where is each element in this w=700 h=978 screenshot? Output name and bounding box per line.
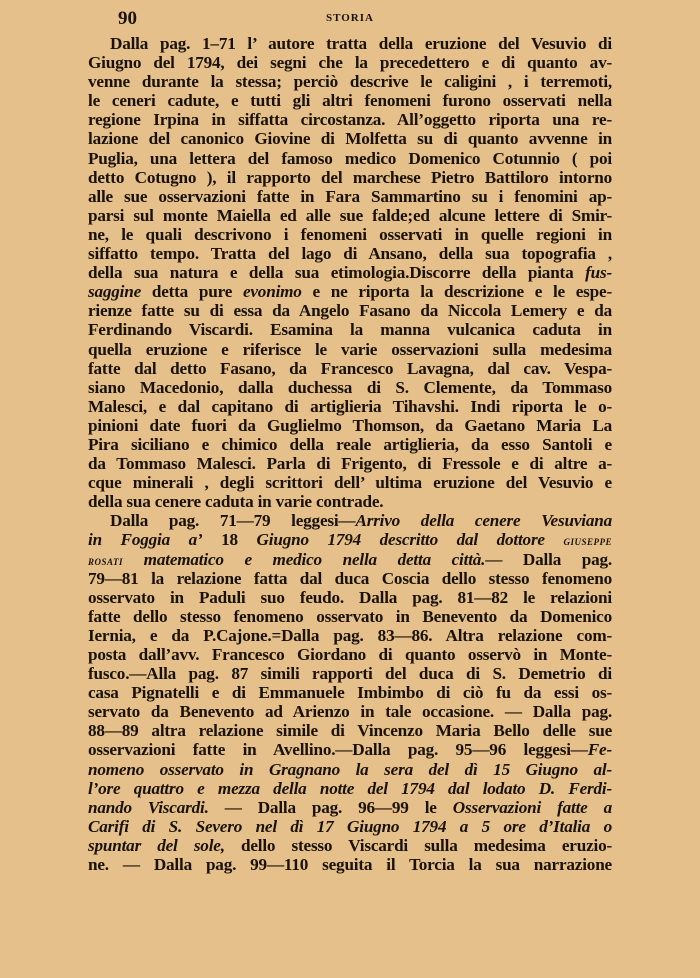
text: osservazioni fatte in Avellino.—Dalla pa… bbox=[88, 740, 588, 759]
text-line: rosati matematico e medico nella detta c… bbox=[88, 550, 612, 569]
italic-text: matematico e medico nella detta città. bbox=[123, 550, 485, 569]
text-line: casa Pignatelli e di Emmanuele Imbimbo d… bbox=[88, 683, 612, 702]
text-line: in Foggia a’ 18 Giugno 1794 descritto da… bbox=[88, 530, 612, 549]
text: Dalla pag. 71—79 leggesi— bbox=[110, 511, 355, 530]
italic-text: Giugno 1794 descritto dal dottore bbox=[257, 530, 564, 549]
body-text: Dalla pag. 1–71 l’ autore tratta della e… bbox=[88, 34, 612, 874]
text-line: saggine detta pure evonimo e ne riporta … bbox=[88, 282, 612, 301]
italic-text: Arrivo della cenere Vesuviana bbox=[355, 511, 612, 530]
text: della sua cenere caduta in varie contrad… bbox=[88, 492, 383, 511]
text: siano Macedonio, dalla duchessa di S. Cl… bbox=[88, 378, 612, 397]
text: fatte dal detto Fasano, da Francesco Lav… bbox=[88, 359, 612, 378]
text-line: della sua natura e della sua etimologia.… bbox=[88, 263, 612, 282]
text-line: Giugno del 1794, dei segni che la preced… bbox=[88, 53, 612, 72]
text-line: venne durante la stessa; perciò descrive… bbox=[88, 72, 612, 91]
italic-text: evonimo bbox=[243, 282, 302, 301]
italic-text: nando Viscardi. bbox=[88, 798, 209, 817]
text: e ne riporta la descrizione e le espe- bbox=[302, 282, 612, 301]
italic-text: spuntar del sole, bbox=[88, 836, 225, 855]
text-line: della sua cenere caduta in varie contrad… bbox=[88, 492, 612, 511]
text-line: lazione del canonico Giovine di Molfetta… bbox=[88, 129, 612, 148]
text: 88—89 altra relazione simile di Vincenzo… bbox=[88, 721, 612, 740]
text: rienze fatte su di essa da Angelo Fasano… bbox=[88, 301, 612, 320]
text: Pira siciliano e chimico della reale art… bbox=[88, 435, 612, 454]
text-line: regione Irpina in siffatta circostanza. … bbox=[88, 110, 612, 129]
text: detto Cotugno ), il rapporto del marches… bbox=[88, 168, 612, 187]
text-line: alle sue osservazioni fatte in Fara Samm… bbox=[88, 187, 612, 206]
text: dello stesso Viscardi sulla medesima eru… bbox=[225, 836, 612, 855]
text: pinioni date fuori da Guglielmo Thomson,… bbox=[88, 416, 612, 435]
text-line: Iernia, e da P.Cajone.=Dalla pag. 83—86.… bbox=[88, 626, 612, 645]
text-line: 79—81 la relazione fatta dal duca Coscia… bbox=[88, 569, 612, 588]
text: servato da Benevento ad Arienzo in tale … bbox=[88, 702, 612, 721]
text-line: Puglia, una lettera del famoso medico Do… bbox=[88, 149, 612, 168]
italic-text: fus- bbox=[585, 263, 612, 282]
text-line: Malesci, e dal capitano di artiglieria T… bbox=[88, 397, 612, 416]
text: — Dalla pag. 96—99 le bbox=[209, 798, 453, 817]
text: Puglia, una lettera del famoso medico Do… bbox=[88, 149, 612, 168]
text: fusco.—Alla pag. 87 simili rapporti del … bbox=[88, 664, 612, 683]
text: lazione del canonico Giovine di Molfetta… bbox=[88, 129, 612, 148]
text: parsi sul monte Maiella ed alle sue fald… bbox=[88, 206, 612, 225]
text-line: 88—89 altra relazione simile di Vincenzo… bbox=[88, 721, 612, 740]
italic-text: Carifi di S. Severo nel dì 17 Giugno 179… bbox=[88, 817, 612, 836]
text: — Dalla pag. bbox=[485, 550, 612, 569]
italic-text: in Foggia a’ bbox=[88, 530, 203, 549]
text-line: cque minerali , degli scrittori dell’ ul… bbox=[88, 473, 612, 492]
italic-text: saggine bbox=[88, 282, 141, 301]
text-line: rienze fatte su di essa da Angelo Fasano… bbox=[88, 301, 612, 320]
italic-text: nomeno osservato in Gragnano la sera del… bbox=[88, 760, 612, 779]
text-line: fusco.—Alla pag. 87 simili rapporti del … bbox=[88, 664, 612, 683]
text-line: osservato in Paduli suo feudo. Dalla pag… bbox=[88, 588, 612, 607]
text: osservato in Paduli suo feudo. Dalla pag… bbox=[88, 588, 612, 607]
text: fatte dello stesso fenomeno osservato in… bbox=[88, 607, 612, 626]
italic-text: Osservazioni fatte a bbox=[453, 798, 612, 817]
text-line: Ferdinando Viscardi. Esamina la manna vu… bbox=[88, 320, 612, 339]
text-line: fatte dal detto Fasano, da Francesco Lav… bbox=[88, 359, 612, 378]
text: quella eruzione e riferisce le varie oss… bbox=[88, 340, 612, 359]
text: detta pure bbox=[141, 282, 243, 301]
text-line: osservazioni fatte in Avellino.—Dalla pa… bbox=[88, 740, 612, 759]
text-line: Pira siciliano e chimico della reale art… bbox=[88, 435, 612, 454]
text: Iernia, e da P.Cajone.=Dalla pag. 83—86.… bbox=[88, 626, 612, 645]
text: ne. — Dalla pag. 99—110 seguita il Torci… bbox=[88, 855, 612, 874]
text: della sua natura e della sua etimologia.… bbox=[88, 263, 585, 282]
text-line: Carifi di S. Severo nel dì 17 Giugno 179… bbox=[88, 817, 612, 836]
text-line: l’ore quattro e mezza della notte del 17… bbox=[88, 779, 612, 798]
text-line: siffatto tempo. Tratta del lago di Ansan… bbox=[88, 244, 612, 263]
text-line: quella eruzione e riferisce le varie oss… bbox=[88, 340, 612, 359]
text-line: parsi sul monte Maiella ed alle sue fald… bbox=[88, 206, 612, 225]
text: Ferdinando Viscardi. Esamina la manna vu… bbox=[88, 320, 612, 339]
text: Giugno del 1794, dei segni che la preced… bbox=[88, 53, 612, 72]
text: regione Irpina in siffatta circostanza. … bbox=[88, 110, 612, 129]
text: siffatto tempo. Tratta del lago di Ansan… bbox=[88, 244, 612, 263]
text-line: fatte dello stesso fenomeno osservato in… bbox=[88, 607, 612, 626]
text-line: ne, le quali descrivono i fenomeni osser… bbox=[88, 225, 612, 244]
text-line: Dalla pag. 71—79 leggesi—Arrivo della ce… bbox=[88, 511, 612, 530]
text: venne durante la stessa; perciò descrive… bbox=[88, 72, 612, 91]
running-head: STORIA bbox=[88, 12, 612, 24]
text: 79—81 la relazione fatta dal duca Coscia… bbox=[88, 569, 612, 588]
text: casa Pignatelli e di Emmanuele Imbimbo d… bbox=[88, 683, 612, 702]
text-line: le ceneri cadute, e tutti gli altri feno… bbox=[88, 91, 612, 110]
italic-text: Fe- bbox=[588, 740, 612, 759]
italic-text: l’ore quattro e mezza della notte del 17… bbox=[88, 779, 612, 798]
page-header: 90 STORIA bbox=[88, 8, 612, 30]
text-line: ne. — Dalla pag. 99—110 seguita il Torci… bbox=[88, 855, 612, 874]
text-line: Dalla pag. 1–71 l’ autore tratta della e… bbox=[88, 34, 612, 53]
text: cque minerali , degli scrittori dell’ ul… bbox=[88, 473, 612, 492]
text: ne, le quali descrivono i fenomeni osser… bbox=[88, 225, 612, 244]
text: da Tommaso Malesci. Parla di Frigento, d… bbox=[88, 454, 612, 473]
smallcaps-text: rosati bbox=[88, 553, 123, 568]
text-line: nomeno osservato in Gragnano la sera del… bbox=[88, 760, 612, 779]
text-line: siano Macedonio, dalla duchessa di S. Cl… bbox=[88, 378, 612, 397]
text: le ceneri cadute, e tutti gli altri feno… bbox=[88, 91, 612, 110]
text: Dalla pag. 1–71 l’ autore tratta della e… bbox=[110, 34, 612, 53]
text: alle sue osservazioni fatte in Fara Samm… bbox=[88, 187, 612, 206]
text-line: servato da Benevento ad Arienzo in tale … bbox=[88, 702, 612, 721]
smallcaps-text: giuseppe bbox=[563, 533, 612, 548]
text: posta dall’avv. Francesco Giordano di qu… bbox=[88, 645, 612, 664]
text: Malesci, e dal capitano di artiglieria T… bbox=[88, 397, 612, 416]
text-line: da Tommaso Malesci. Parla di Frigento, d… bbox=[88, 454, 612, 473]
text-line: detto Cotugno ), il rapporto del marches… bbox=[88, 168, 612, 187]
text-line: spuntar del sole, dello stesso Viscardi … bbox=[88, 836, 612, 855]
text-line: posta dall’avv. Francesco Giordano di qu… bbox=[88, 645, 612, 664]
text-line: nando Viscardi. — Dalla pag. 96—99 le Os… bbox=[88, 798, 612, 817]
text-line: pinioni date fuori da Guglielmo Thomson,… bbox=[88, 416, 612, 435]
text: 18 bbox=[203, 530, 257, 549]
